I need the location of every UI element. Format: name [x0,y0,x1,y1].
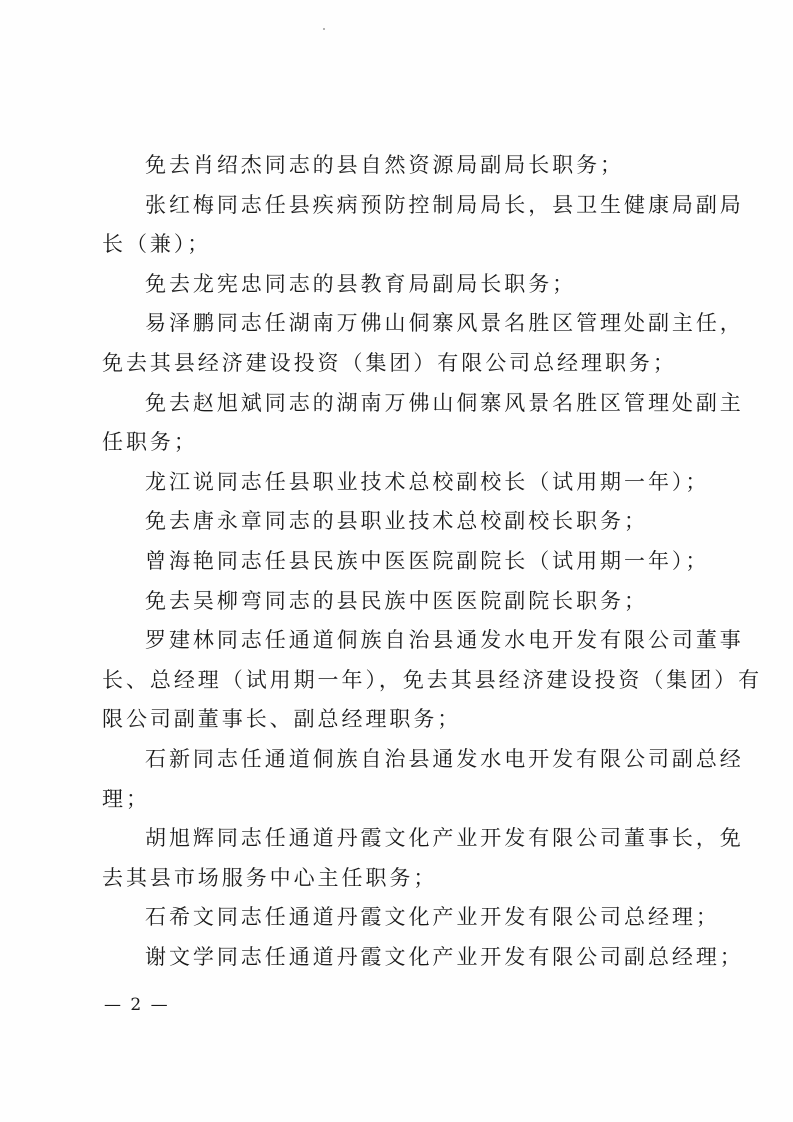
paragraph-line: 免去赵旭斌同志的湖南万佛山侗寨风景名胜区管理处副主 [102,384,678,424]
paragraph-line: 长、总经理（试用期一年），免去其县经济建设投资（集团）有 [102,661,678,701]
paragraph-line: 石新同志任通道侗族自治县通发水电开发有限公司副总经 [102,740,678,780]
paragraph-line: 龙江说同志任县职业技术总校副校长（试用期一年）； [102,463,678,503]
paragraph-line: 免去唐永章同志的县职业技术总校副校长职务； [102,502,678,542]
paragraph-line: 限公司副董事长、副总经理职务； [102,700,678,740]
page-number: — 2 — [104,995,170,1015]
paragraph-line: 免去龙宪忠同志的县教育局副局长职务； [102,265,678,305]
document-body: 免去肖绍杰同志的县自然资源局副局长职务； 张红梅同志任县疾病预防控制局局长，县卫… [102,146,678,977]
paragraph-line: 任职务； [102,423,678,463]
paragraph-line: 石希文同志任通道丹霞文化产业开发有限公司总经理； [102,898,678,938]
scan-speck [323,28,325,30]
paragraph-line: 去其县市场服务中心主任职务； [102,859,678,899]
paragraph-line: 罗建林同志任通道侗族自治县通发水电开发有限公司董事 [102,621,678,661]
paragraph-line: 免去其县经济建设投资（集团）有限公司总经理职务； [102,344,678,384]
paragraph-line: 胡旭辉同志任通道丹霞文化产业开发有限公司董事长，免 [102,819,678,859]
paragraph-line: 免去肖绍杰同志的县自然资源局副局长职务； [102,146,678,186]
paragraph-line: 理； [102,780,678,820]
paragraph-line: 免去吴柳弯同志的县民族中医医院副院长职务； [102,582,678,622]
paragraph-line: 长（兼）； [102,225,678,265]
paragraph-line: 谢文学同志任通道丹霞文化产业开发有限公司副总经理； [102,938,678,978]
paragraph-line: 曾海艳同志任县民族中医医院副院长（试用期一年）； [102,542,678,582]
document-page: 免去肖绍杰同志的县自然资源局副局长职务； 张红梅同志任县疾病预防控制局局长，县卫… [0,0,793,1122]
paragraph-line: 张红梅同志任县疾病预防控制局局长，县卫生健康局副局 [102,186,678,226]
paragraph-line: 易泽鹏同志任湖南万佛山侗寨风景名胜区管理处副主任， [102,304,678,344]
